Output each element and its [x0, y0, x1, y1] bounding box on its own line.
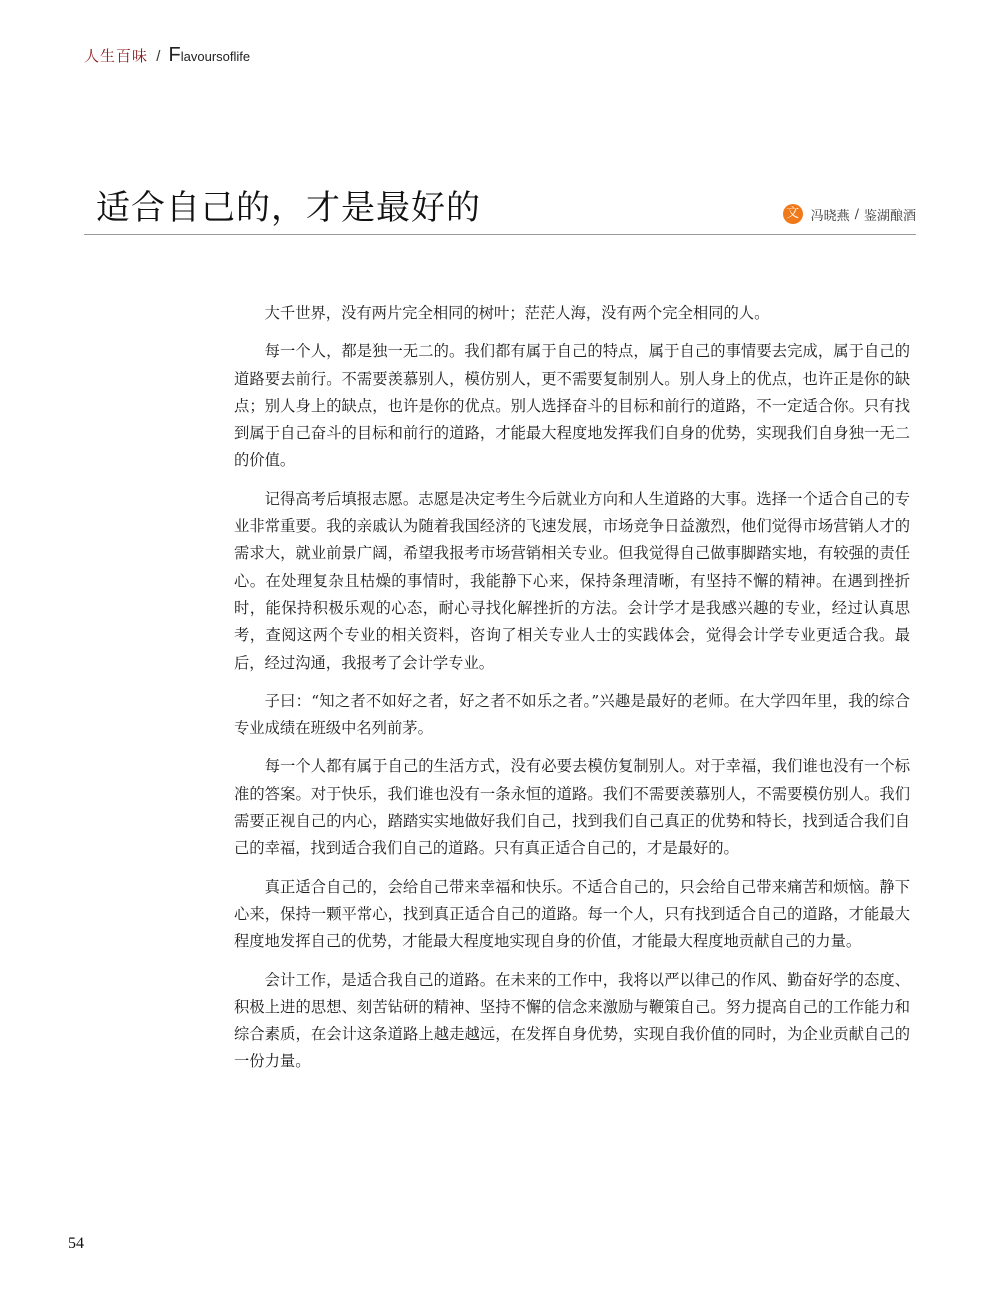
author-organization: 鉴湖酿酒 [864, 205, 916, 224]
section-name-en: lavoursoflife [181, 49, 250, 64]
title-divider [84, 234, 916, 235]
byline: 文 冯晓燕 / 鉴湖酿酒 [783, 204, 916, 224]
paragraph: 记得高考后填报志愿。志愿是决定考生今后就业方向和人生道路的大事。选择一个适合自己… [234, 486, 910, 677]
section-header: 人生百味 / Flavoursoflife [84, 44, 250, 67]
paragraph: 每一个人，都是独一无二的。我们都有属于自己的特点，属于自己的事情要去完成，属于自… [234, 338, 910, 474]
paragraph: 真正适合自己的，会给自己带来幸福和快乐。不适合自己的，只会给自己带来痛苦和烦恼。… [234, 874, 910, 956]
paragraph: 大千世界，没有两片完全相同的树叶；茫茫人海，没有两个完全相同的人。 [234, 300, 910, 327]
section-name-en-initial: F [169, 44, 181, 66]
section-separator: / [156, 48, 160, 65]
author-name: 冯晓燕 [811, 205, 850, 224]
section-name-cn: 人生百味 [84, 48, 148, 65]
paragraph: 子曰：“知之者不如好之者，好之者不如乐之者。”兴趣是最好的老师。在大学四年里，我… [234, 688, 910, 743]
paragraph: 会计工作，是适合我自己的道路。在未来的工作中，我将以严以律己的作风、勤奋好学的态… [234, 967, 910, 1076]
article-body: 大千世界，没有两片完全相同的树叶；茫茫人海，没有两个完全相同的人。 每一个人，都… [234, 300, 910, 1087]
page-number: 54 [68, 1235, 84, 1253]
author-text-icon: 文 [783, 204, 803, 224]
byline-separator: / [855, 207, 859, 222]
article-title: 适合自己的，才是最好的 [96, 180, 481, 229]
paragraph: 每一个人都有属于自己的生活方式，没有必要去模仿复制别人。对于幸福，我们谁也没有一… [234, 753, 910, 862]
